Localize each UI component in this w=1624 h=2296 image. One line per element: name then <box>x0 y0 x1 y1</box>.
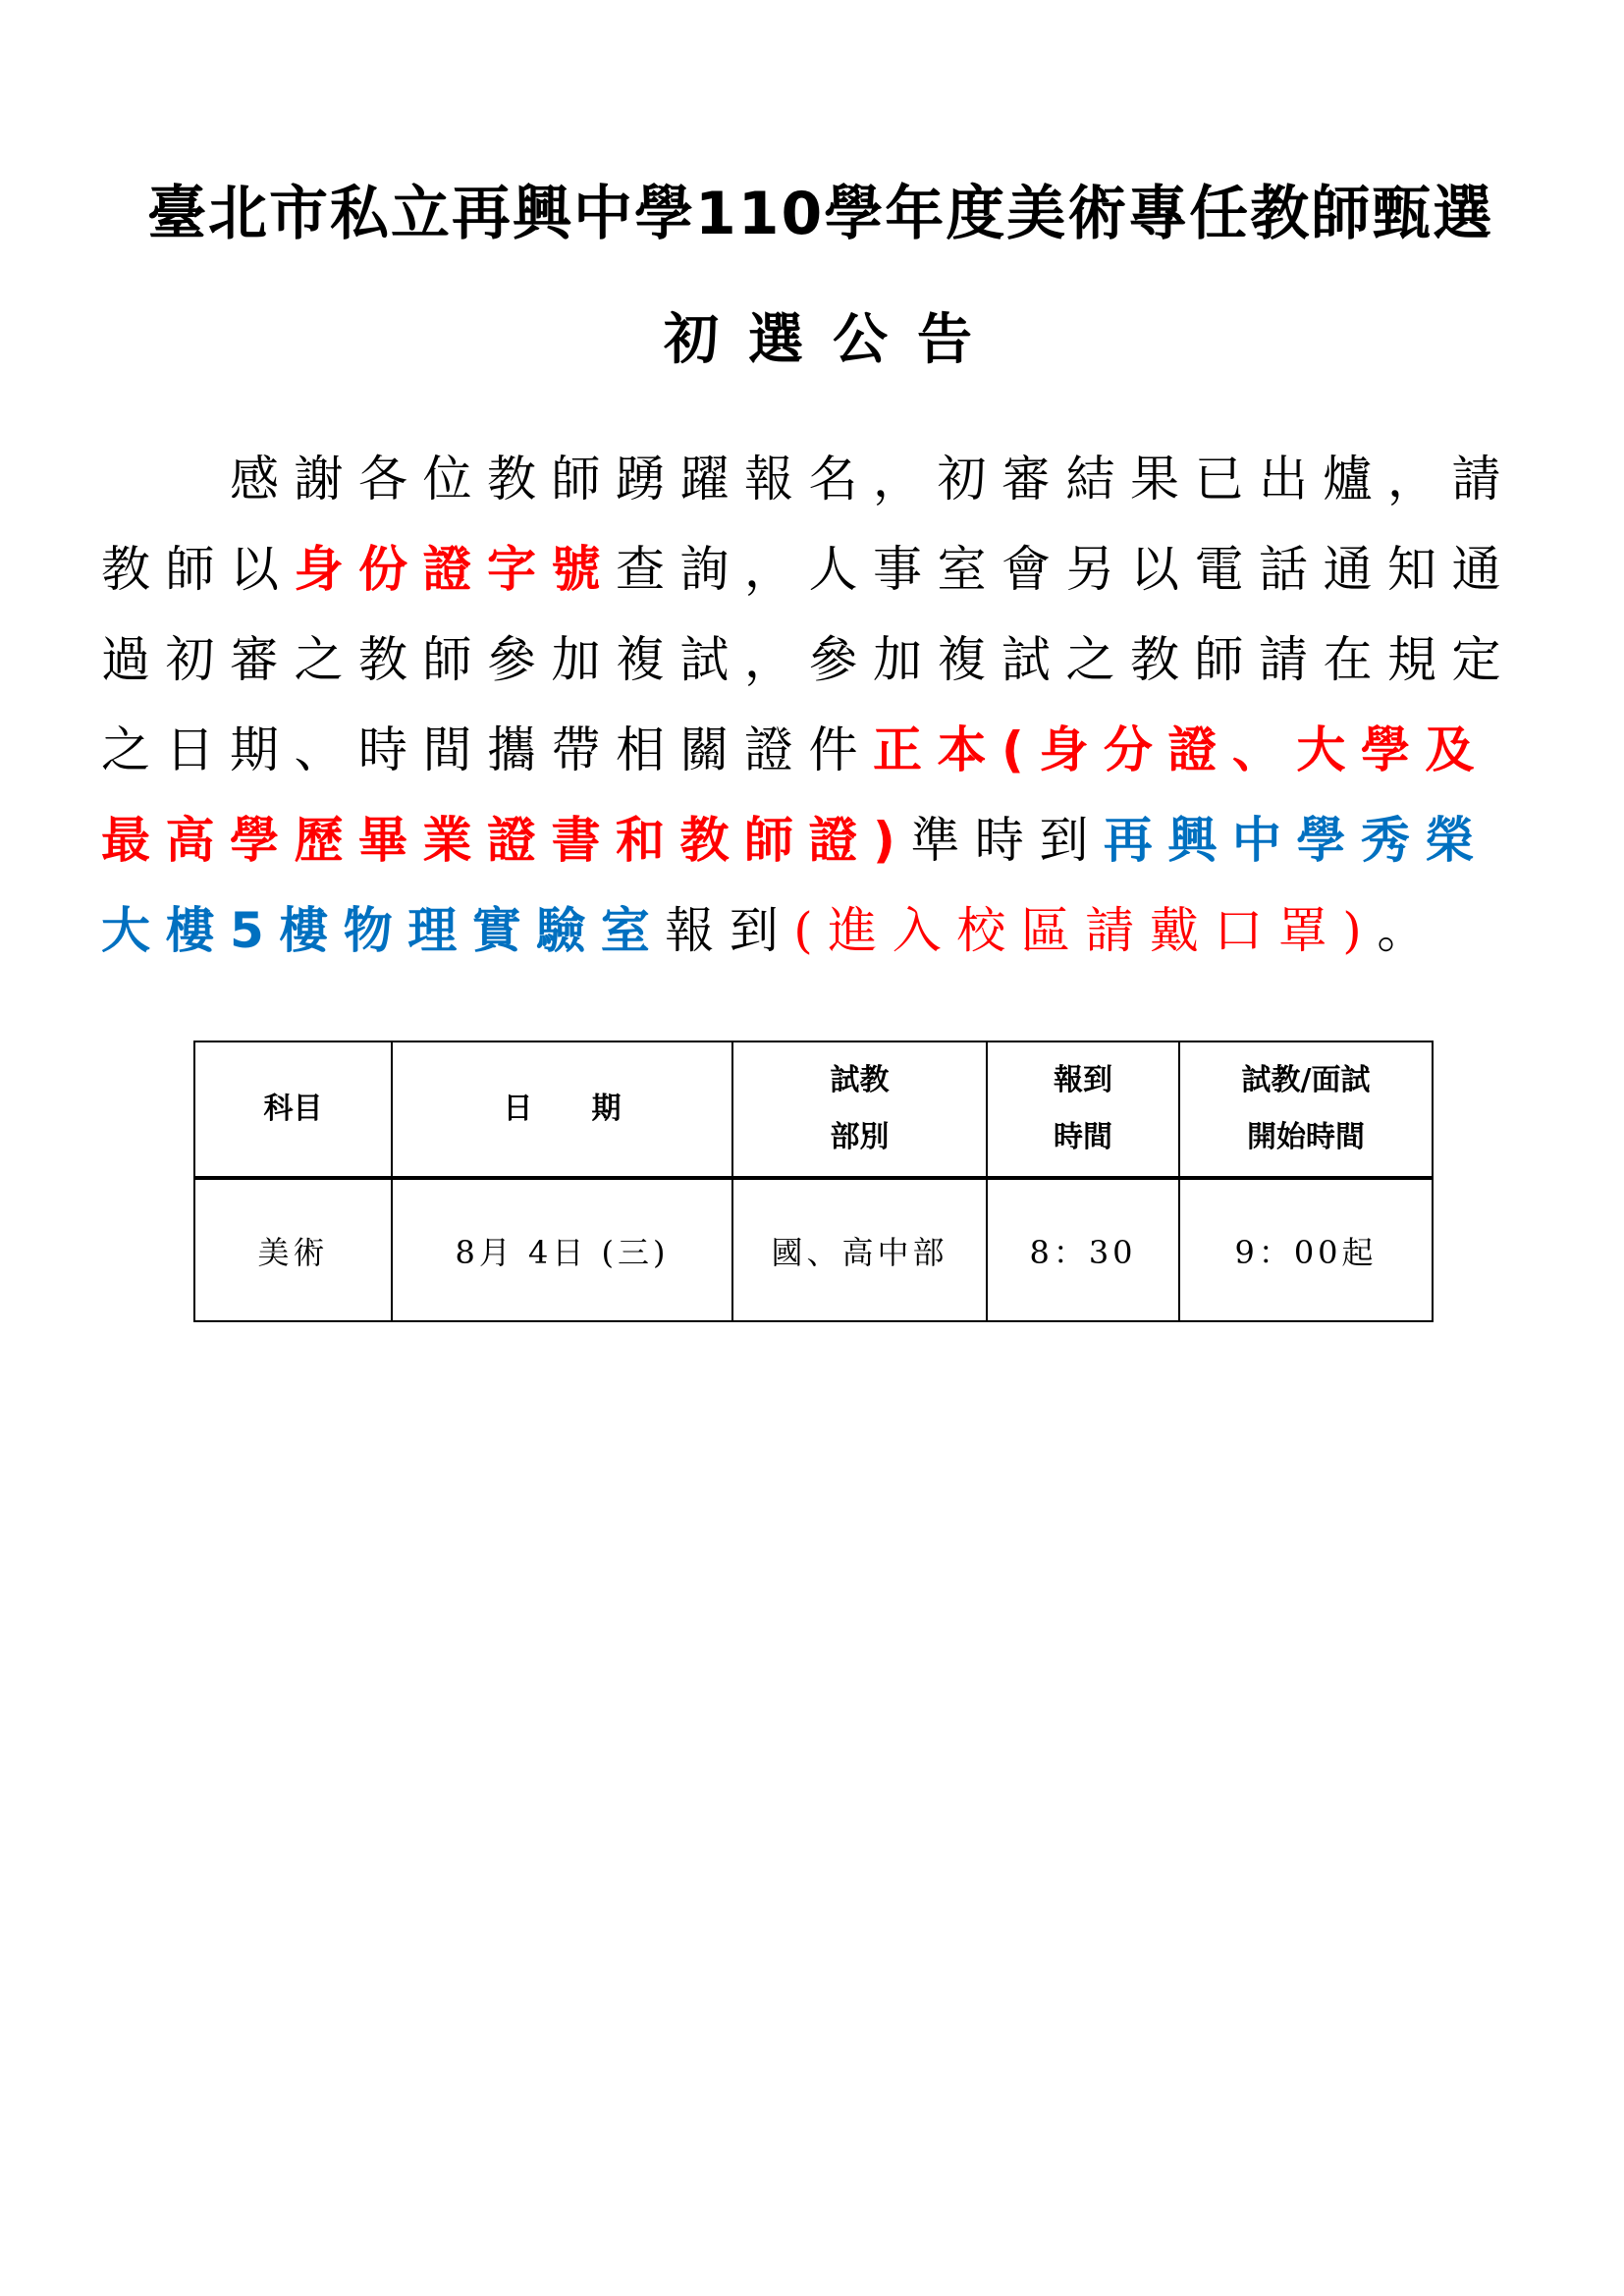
header-division: 試教部別 <box>732 1041 987 1178</box>
paragraph-line-2: 教師以身份證字號查詢，人事室會另以電話通知通 <box>101 524 1527 614</box>
table-header-row: 科目 日 期 試教部別 報到時間 試教/面試開始時間 <box>194 1041 1433 1178</box>
table-row: 美術 8月 4日 (三) 國、高中部 8：30 9：00起 <box>194 1178 1433 1321</box>
required-documents-highlight: 最高學歷畢業證書和教師證) <box>101 812 910 869</box>
text-span: 報到 <box>665 902 793 959</box>
cell-subject: 美術 <box>194 1178 392 1321</box>
paragraph-line-5: 最高學歷畢業證書和教師證)準時到再興中學秀榮 <box>101 795 1527 885</box>
mask-notice: (進入校區請戴口罩) <box>793 902 1377 959</box>
text-span: 。 <box>1377 902 1441 959</box>
text-span: 過初審之教師參加複試，參加複試之教師請在規定 <box>101 631 1516 688</box>
document-title: 臺北市私立再興中學110學年度美術專任教師甄選 <box>147 179 1522 249</box>
cell-date: 8月 4日 (三) <box>392 1178 732 1321</box>
text-span: 之日期、時間攜帶相關證件 <box>101 721 873 778</box>
location-highlight: 再興中學秀榮 <box>1104 812 1489 869</box>
id-number-highlight: 身份證字號 <box>295 541 617 598</box>
header-date: 日 期 <box>392 1041 732 1178</box>
paragraph-line-6: 大樓5樓物理實驗室報到(進入校區請戴口罩)。 <box>101 885 1527 976</box>
text-span: 教師以 <box>101 541 295 598</box>
required-documents-highlight: 正本(身分證、大學及 <box>873 721 1489 778</box>
schedule-table: 科目 日 期 試教部別 報到時間 試教/面試開始時間 美術 8月 4日 (三) … <box>193 1041 1434 1322</box>
header-start-time: 試教/面試開始時間 <box>1179 1041 1433 1178</box>
text-span: 感謝各位教師踴躍報名，初審結果已出爐，請 <box>101 451 1516 507</box>
announcement-paragraph: 感謝各位教師踴躍報名，初審結果已出爐，請 教師以身份證字號查詢，人事室會另以電話… <box>101 434 1527 976</box>
cell-start-time: 9：00起 <box>1179 1178 1433 1321</box>
text-span: 查詢，人事室會另以電話通知通 <box>616 541 1516 598</box>
cell-division: 國、高中部 <box>732 1178 987 1321</box>
cell-checkin-time: 8：30 <box>987 1178 1179 1321</box>
paragraph-line-1: 感謝各位教師踴躍報名，初審結果已出爐，請 <box>101 434 1527 524</box>
text-span: 準時到 <box>910 812 1104 869</box>
header-subject: 科目 <box>194 1041 392 1178</box>
document-subtitle: 初選公告 <box>664 306 1001 375</box>
paragraph-line-3: 過初審之教師參加複試，參加複試之教師請在規定 <box>101 614 1527 705</box>
location-highlight: 大樓5樓物理實驗室 <box>101 902 665 959</box>
header-checkin-time: 報到時間 <box>987 1041 1179 1178</box>
paragraph-line-4: 之日期、時間攜帶相關證件正本(身分證、大學及 <box>101 705 1527 795</box>
